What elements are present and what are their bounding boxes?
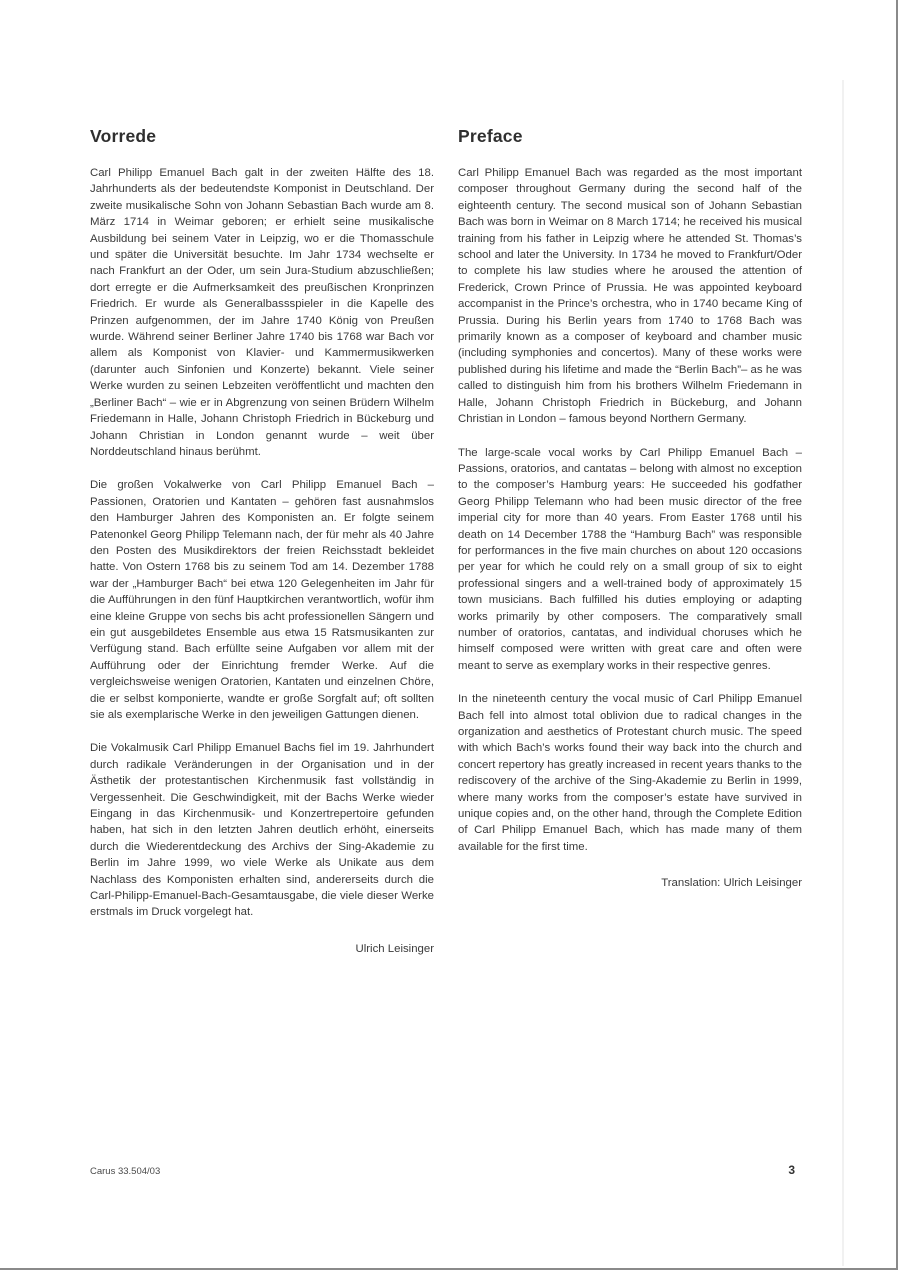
- english-paragraph-3: In the nineteenth century the vocal musi…: [458, 691, 802, 855]
- german-paragraph-2: Die großen Vokalwerke von Carl Philipp E…: [90, 477, 434, 723]
- english-paragraph-1: Carl Philipp Emanuel Bach was regarded a…: [458, 165, 802, 428]
- page-shadow-right: [896, 0, 898, 1270]
- edition-number: Carus 33.504/03: [90, 1166, 160, 1177]
- heading-preface: Preface: [458, 126, 802, 147]
- column-english: Preface Carl Philipp Emanuel Bach was re…: [458, 126, 802, 957]
- scanned-preface-page: Vorrede Carl Philipp Emanuel Bach galt i…: [0, 0, 900, 1274]
- english-paragraph-2: The large-scale vocal works by Carl Phil…: [458, 445, 802, 675]
- translator-signature: Translation: Ulrich Leisinger: [458, 875, 802, 891]
- heading-vorrede: Vorrede: [90, 126, 434, 147]
- author-signature: Ulrich Leisinger: [90, 941, 434, 957]
- page-footer: Carus 33.504/03 3: [90, 1163, 795, 1177]
- german-paragraph-1: Carl Philipp Emanuel Bach galt in der zw…: [90, 165, 434, 460]
- page-shadow-bottom: [0, 1268, 898, 1270]
- page-number: 3: [788, 1163, 795, 1177]
- german-paragraph-3: Die Vokalmusik Carl Philipp Emanuel Bach…: [90, 740, 434, 920]
- column-german: Vorrede Carl Philipp Emanuel Bach galt i…: [90, 126, 434, 957]
- two-column-preface: Vorrede Carl Philipp Emanuel Bach galt i…: [90, 126, 802, 957]
- scan-artifact-line: [842, 80, 844, 1266]
